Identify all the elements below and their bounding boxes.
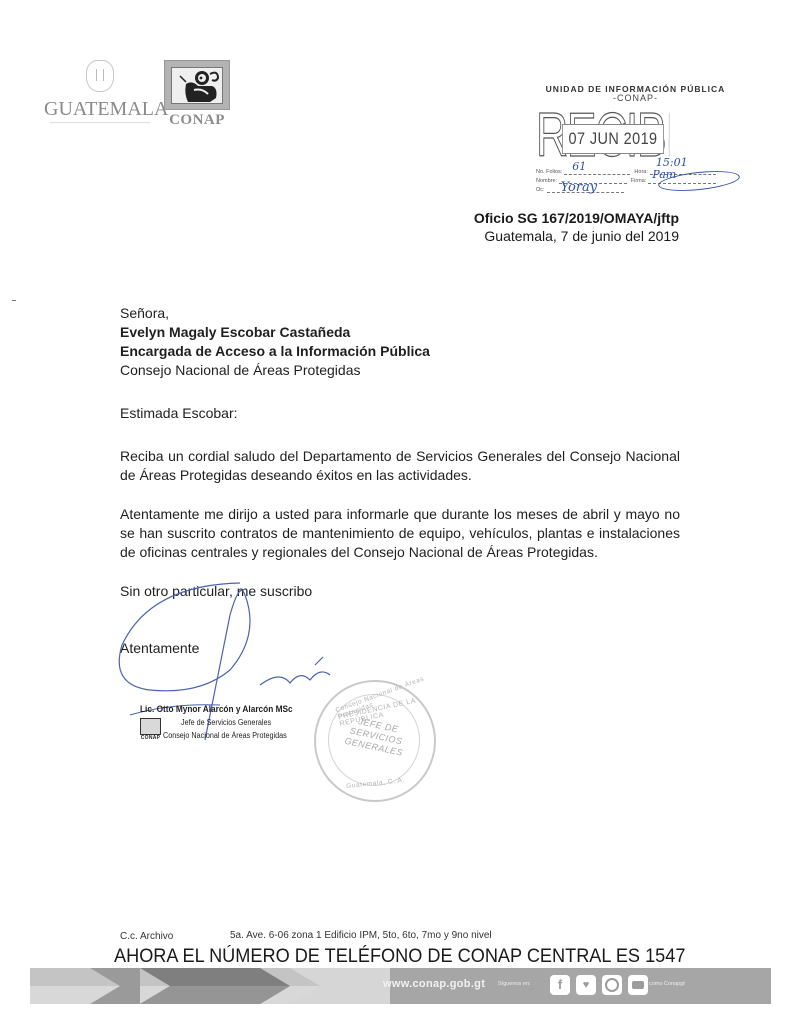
paragraph-2: Atentamente me dirijo a usted para infor… [120,505,680,562]
recipient-position: Encargada de Acceso a la Información Púb… [120,342,680,361]
stamp-field-value: Yoray [561,180,598,195]
paragraph-1: Reciba un cordial saludo del Departament… [120,447,680,485]
greeting: Estimada Escobar: [120,404,680,423]
guatemala-logo-rule [50,122,150,123]
conap-monkey-icon [164,60,230,110]
facebook-icon[interactable]: f [550,975,570,995]
place-and-date: Guatemala, 7 de junio del 2019 [474,228,679,244]
youtube-icon[interactable] [628,975,648,995]
recipient-organization: Consejo Nacional de Áreas Protegidas [120,361,680,380]
follow-label: Síguenos en: [498,981,530,987]
stamp-date: 07 JUN 2019 [562,124,664,154]
stamp-field-label: Nombre: [536,178,557,184]
stamp-field-label: Oc: [536,187,545,193]
conap-mini-logo: CONAP [140,718,161,742]
stamp-field-value: 61 [572,160,586,173]
recipient-name: Evelyn Magaly Escobar Castañeda [120,323,680,342]
margin-mark [12,300,16,301]
stamp-field-label: No. Folios: [536,169,562,175]
website-link[interactable]: www.conap.gob.gt [383,978,485,990]
phone-notice: AHORA EL NÚMERO DE TELÉFONO DE CONAP CEN… [114,945,685,968]
guatemala-logo-text: GUATEMALA [44,99,156,119]
carbon-copy: C.c. Archivo [120,931,173,942]
coat-of-arms-icon [86,60,114,92]
stamp-field-label: Firma: [631,178,647,184]
conap-mini-logo-text: CONAP [140,735,161,741]
reference-block: Oficio SG 167/2019/OMAYA/jftp Guatemala,… [474,210,679,244]
banner-chevrons [30,968,390,1004]
received-stamp: UNIDAD DE INFORMACIÓN PÚBLICA -CONAP- RE… [528,84,743,196]
conap-logo: CONAP [164,60,232,130]
salutation: Señora, [120,304,680,323]
guatemala-logo: GUATEMALA [44,60,156,130]
instagram-icon[interactable] [602,975,622,995]
signatory-title: Jefe de Servicios Generales [181,718,271,727]
conap-logo-text: CONAP [164,112,230,129]
stamp-field-label: Hora: [634,169,647,175]
office-address: 5a. Ave. 6-06 zona 1 Edificio IPM, 5to, … [230,930,492,941]
signatory-organization: Consejo Nacional de Áreas Protegidas [163,731,287,740]
social-handle: como Conapgt [649,981,685,987]
official-seal: Consejo Nacional de Áreas Protegidas PRE… [314,680,436,802]
stamp-subtitle: -CONAP- [528,93,743,103]
twitter-icon[interactable]: ♥ [576,975,596,995]
signatory-name: Lic. Otto Mynor Alarcón y Alarcón MSc [140,704,293,714]
document-reference-code: Oficio SG 167/2019/OMAYA/jftp [474,210,679,226]
conap-monkey-icon [140,718,161,735]
footer-banner: www.conap.gob.gt Síguenos en: f ♥ como C… [30,968,771,1004]
